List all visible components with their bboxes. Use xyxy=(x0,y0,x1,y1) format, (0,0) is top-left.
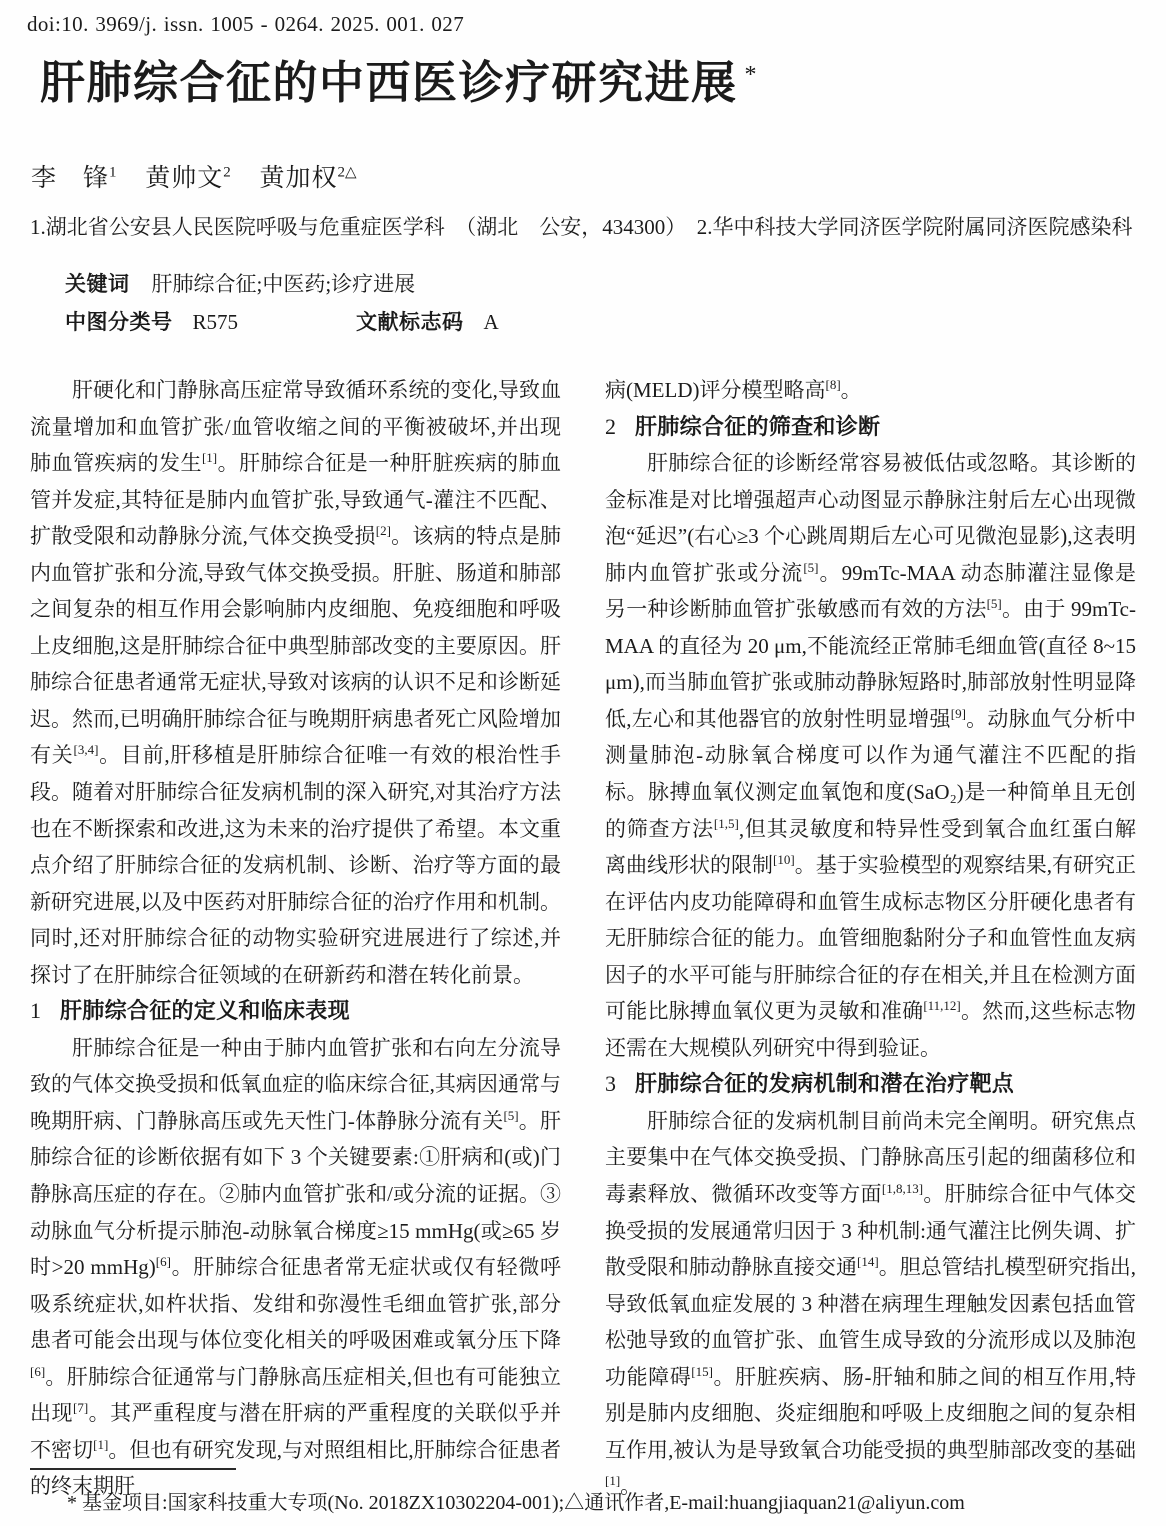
reference-marker: [11,12] xyxy=(923,998,960,1013)
reference-marker: [1] xyxy=(93,1437,108,1452)
author-line: 李 锋1黄帅文2黄加权2△ xyxy=(31,158,385,194)
author-affiliation-mark: 1 xyxy=(109,165,117,181)
doi-line: doi:10. 3969/j. issn. 1005 - 0264. 2025.… xyxy=(27,12,464,37)
reference-marker: [2] xyxy=(376,523,391,538)
keywords-line: 关键词肝肺综合征;中医药;诊疗进展 xyxy=(65,268,415,298)
reference-marker: [8] xyxy=(825,377,840,392)
section-heading: 1肝肺综合征的定义和临床表现 xyxy=(30,993,561,1030)
body-paragraph: 肝硬化和门静脉高压症常导致循环系统的变化,导致血流量增加和血管扩张/血管收缩之间… xyxy=(30,372,561,993)
reference-marker: [5] xyxy=(503,1108,518,1123)
left-column: 肝硬化和门静脉高压症常导致循环系统的变化,导致血流量增加和血管扩张/血管收缩之间… xyxy=(30,372,561,1505)
author-name: 李 锋1 xyxy=(31,165,117,192)
title-asterisk: * xyxy=(745,62,759,88)
reference-marker: [1,8,13] xyxy=(882,1181,923,1196)
section-number: 3 xyxy=(605,1071,616,1096)
section-heading: 3肝肺综合征的发病机制和潜在治疗靶点 xyxy=(605,1066,1136,1103)
author-affiliation-mark: 2 xyxy=(223,165,231,181)
keywords-value: 肝肺综合征;中医药;诊疗进展 xyxy=(152,272,416,296)
author-name: 黄加权2△ xyxy=(260,165,357,192)
author-affiliation-mark: 2△ xyxy=(338,165,357,181)
reference-marker: [5] xyxy=(803,560,818,575)
paper-page: doi:10. 3969/j. issn. 1005 - 0264. 2025.… xyxy=(0,0,1166,1526)
body-paragraph: 病(MELD)评分模型略高[8]。 xyxy=(605,372,1136,409)
affiliation-line: 1.湖北省公安县人民医院呼吸与危重症医学科 （湖北 公安，434300） 2.华… xyxy=(30,211,1136,241)
section-title: 肝肺综合征的定义和临床表现 xyxy=(60,998,350,1023)
paper-title: 肝肺综合征的中西医诊疗研究进展* xyxy=(40,46,758,111)
reference-marker: [7] xyxy=(73,1400,88,1415)
paper-title-text: 肝肺综合征的中西医诊疗研究进展 xyxy=(40,58,738,108)
section-heading: 2肝肺综合征的筛查和诊断 xyxy=(605,409,1136,446)
section-number: 2 xyxy=(605,414,616,439)
section-number: 1 xyxy=(30,998,41,1023)
doc-code-value: A xyxy=(484,310,499,334)
right-column: 病(MELD)评分模型略高[8]。2肝肺综合征的筛查和诊断肝肺综合征的诊断经常容… xyxy=(605,372,1136,1505)
author-name: 黄帅文2 xyxy=(145,165,231,192)
footnote-divider xyxy=(30,1468,236,1470)
reference-marker: [14] xyxy=(857,1254,879,1269)
reference-marker: [3,4] xyxy=(74,742,99,757)
reference-marker: [9] xyxy=(951,706,966,721)
doc-code-label: 文献标志码 xyxy=(356,311,464,334)
reference-marker: [1] xyxy=(202,450,217,465)
body-paragraph: 肝肺综合征的诊断经常容易被低估或忽略。其诊断的金标准是对比增强超声心动图显示静脉… xyxy=(605,445,1136,1066)
clc-value: R575 xyxy=(193,310,239,334)
reference-marker: [10] xyxy=(773,852,795,867)
body-paragraph: 肝肺综合征的发病机制目前尚未完全阐明。研究焦点主要集中在气体交换受损、门静脉高压… xyxy=(605,1103,1136,1505)
reference-marker: [6] xyxy=(30,1364,45,1379)
reference-marker: [15] xyxy=(691,1364,713,1379)
reference-marker: [6] xyxy=(156,1254,171,1269)
section-title: 肝肺综合征的发病机制和潜在治疗靶点 xyxy=(635,1071,1014,1096)
classification-line: 中图分类号R575文献标志码A xyxy=(65,306,499,336)
keywords-label: 关键词 xyxy=(65,273,130,296)
section-title: 肝肺综合征的筛查和诊断 xyxy=(635,414,880,439)
body-paragraph: 肝肺综合征是一种由于肺内血管扩张和右向左分流导致的气体交换受损和低氧血症的临床综… xyxy=(30,1030,561,1505)
footnote-line: * 基金项目:国家科技重大专项(No. 2018ZX10302204-001);… xyxy=(67,1486,1137,1515)
clc-label: 中图分类号 xyxy=(65,311,173,334)
reference-marker: [1,5] xyxy=(714,816,739,831)
reference-marker: [5] xyxy=(987,596,1002,611)
